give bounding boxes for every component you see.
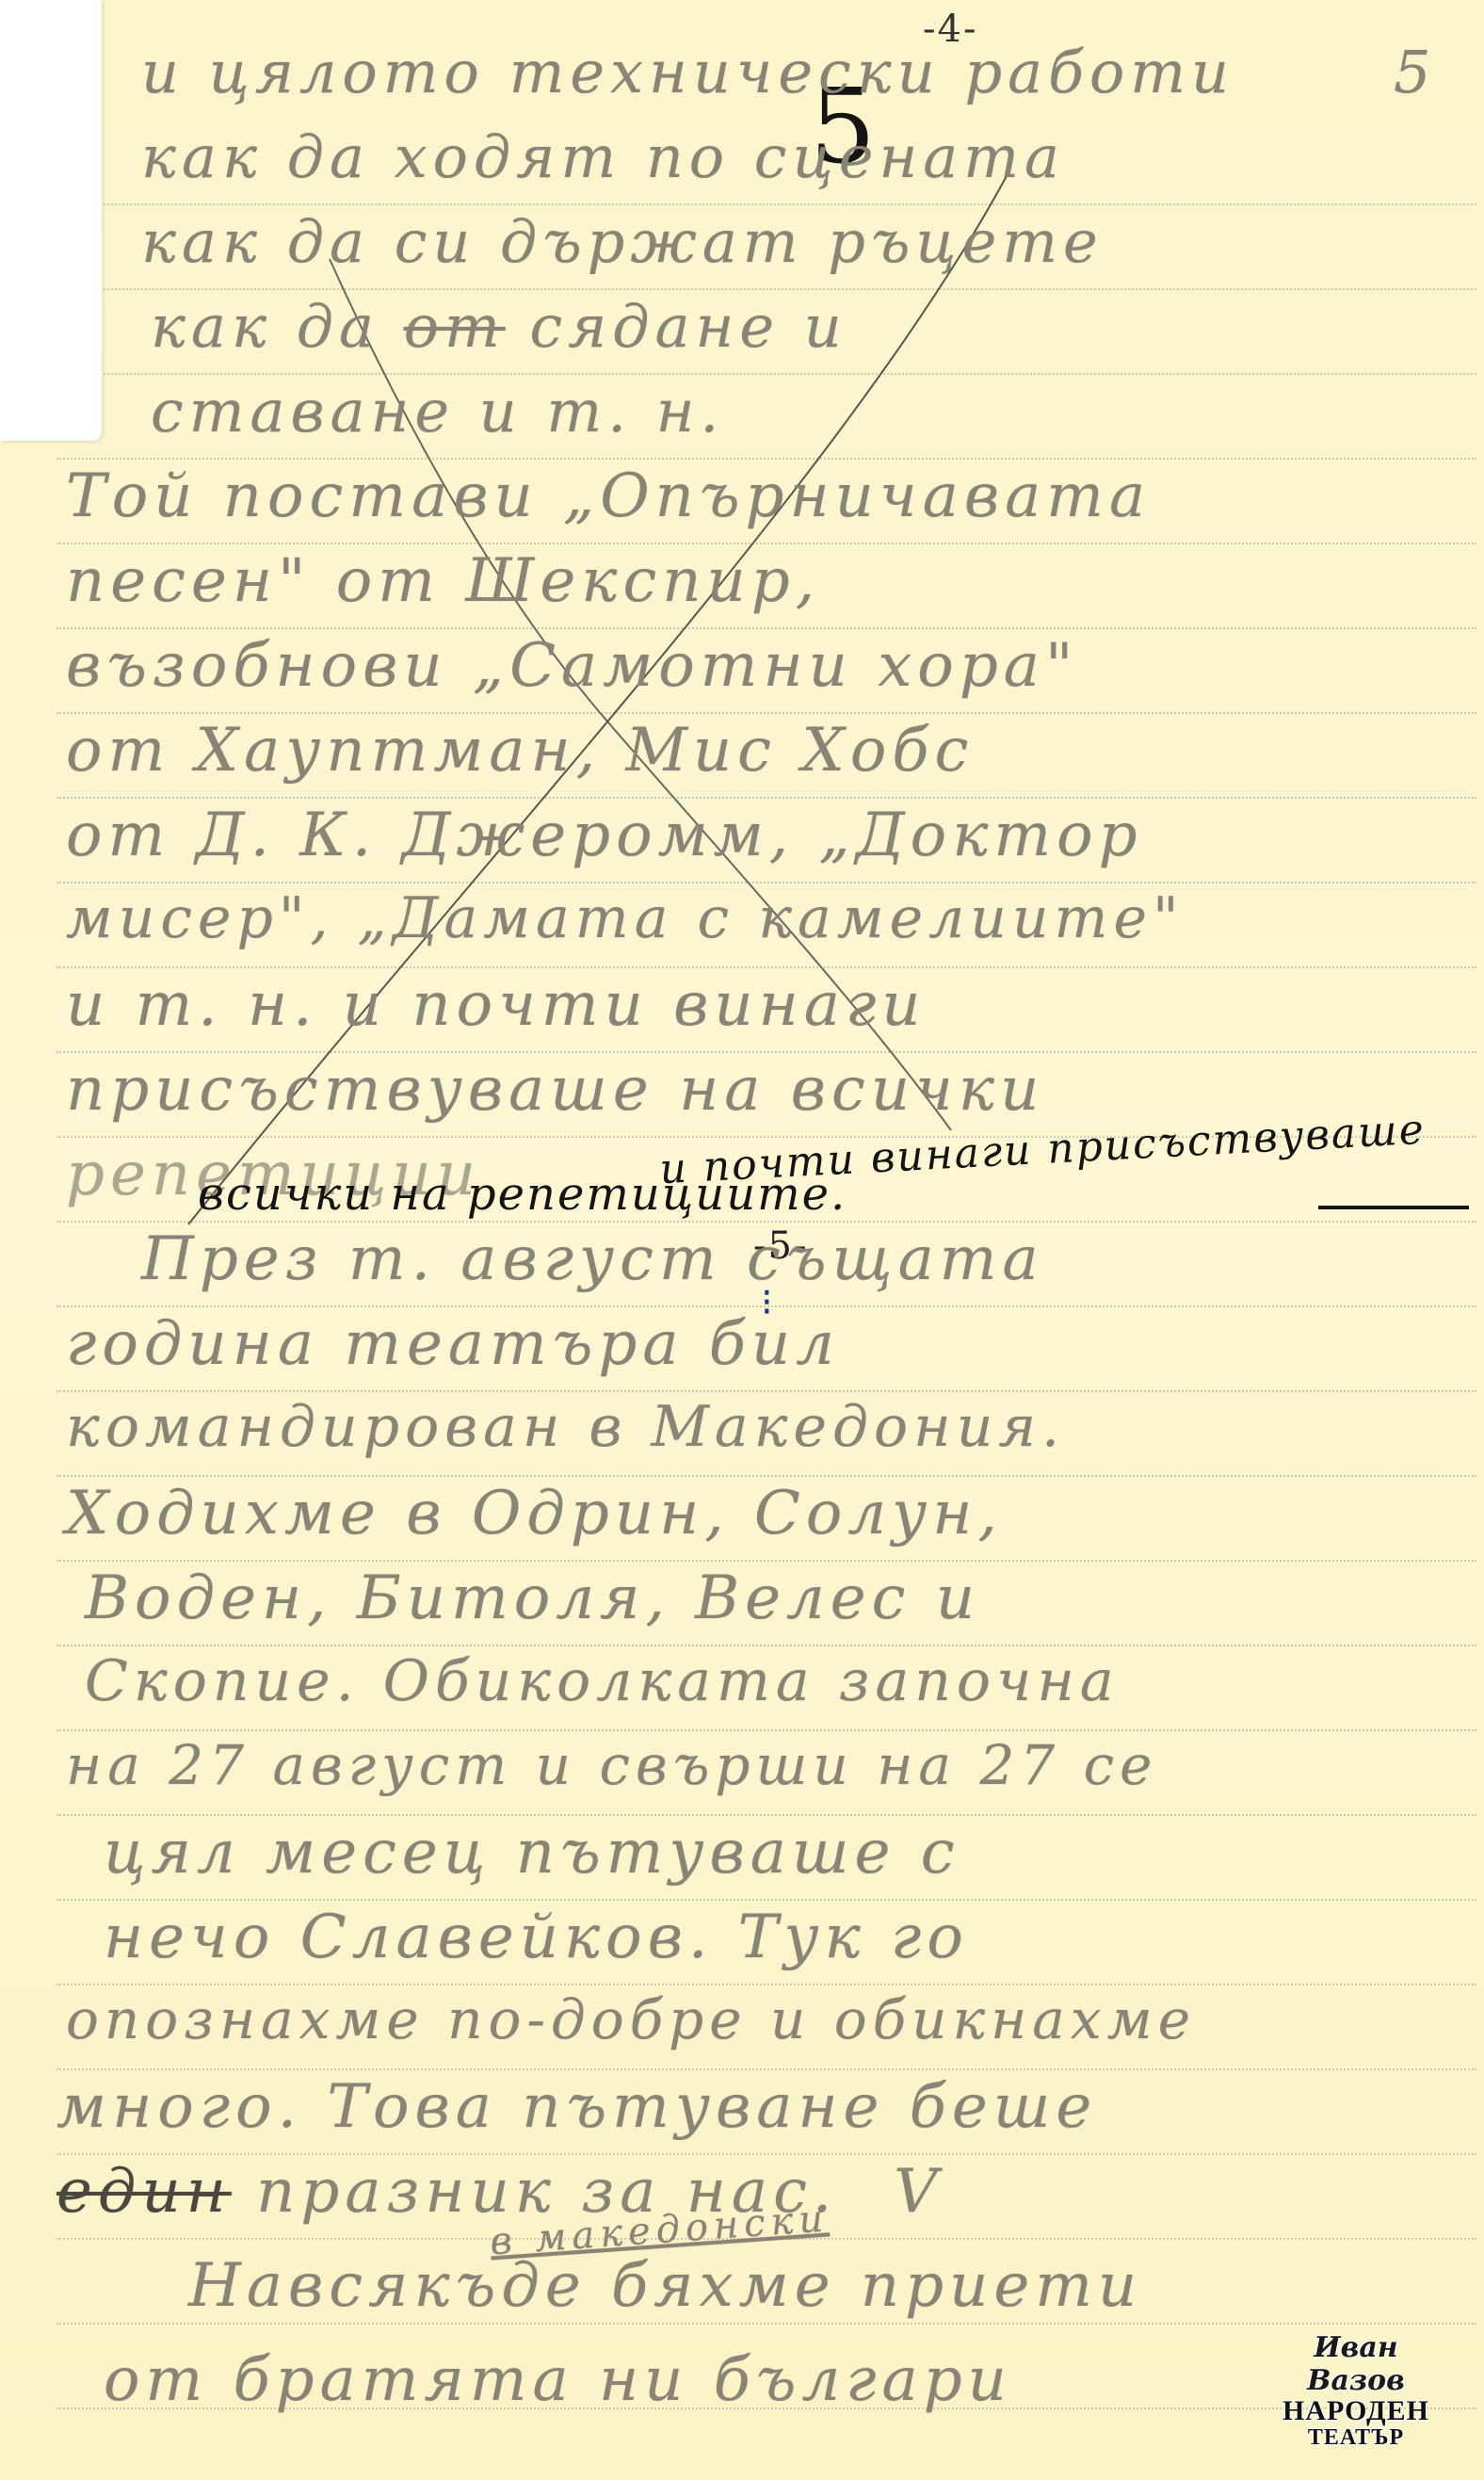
text-line: цял месец пътуваше с [104, 1818, 960, 1888]
logo-line1: НАРОДЕН [1276, 2397, 1436, 2425]
text-line: година театъра бил [66, 1309, 840, 1379]
national-theatre-logo: Иван Вазов НАРОДЕН ТЕАТЪР [1276, 2331, 1436, 2450]
ruled-line [56, 1051, 1476, 1053]
ruled-line [56, 458, 1476, 460]
struck-word: от [404, 292, 506, 361]
ruled-line [56, 627, 1476, 629]
check-mark: V [894, 2157, 943, 2227]
ruled-line [56, 2068, 1476, 2070]
ruled-line [56, 2323, 1476, 2325]
text-line: възобнови „Самотни хора" [66, 631, 1078, 701]
ruled-line [56, 1475, 1476, 1477]
text-line: как да от сядане и [151, 292, 847, 361]
text-line: опознахме по-добре и обикнахме [66, 1987, 1196, 2051]
text-line-part: как да [151, 292, 404, 361]
text-line: Скопие. Обиколката започна [85, 1648, 1120, 1714]
text-line: как да си държат ръцете [141, 207, 1104, 276]
ruled-line [104, 288, 1476, 290]
ruled-line [56, 1729, 1476, 1731]
text-line: от братята ни българи [104, 2345, 1012, 2415]
ruled-line [56, 1899, 1476, 1901]
text-line: от Д. К. Джеромм, „Доктор [66, 801, 1143, 870]
text-line: от Хауптман, Мис Хобс [66, 716, 974, 786]
text-line: песен" от Шекспир, [66, 546, 820, 616]
ruled-line [56, 1814, 1476, 1816]
text-line: и т. н. и почти винаги [66, 970, 927, 1040]
struck-word: един [56, 2157, 232, 2227]
ruled-line [56, 1221, 1476, 1223]
text-line-part: сядане и [506, 292, 847, 361]
text-line: командирован в Македония. [66, 1394, 1065, 1460]
ruled-line [56, 966, 1476, 968]
ruled-line [56, 543, 1476, 544]
ink-insertion-main: всички на репетициите. [198, 1168, 847, 1221]
text-line: През т. август същата [141, 1224, 1044, 1294]
ruled-line [56, 1390, 1476, 1392]
logo-line2: ТЕАТЪР [1276, 2425, 1436, 2450]
text-line: нечо Славейков. Тук го [104, 1903, 969, 1972]
text-line: и цялото технически работи [141, 38, 1234, 106]
ruled-line [56, 1645, 1476, 1646]
text-line: Той постави „Опърничавата [66, 462, 1151, 531]
ruled-line [56, 712, 1476, 714]
text-line: ставане и т. н. [151, 377, 724, 446]
ruled-line [56, 1560, 1476, 1562]
ruled-line [104, 373, 1476, 375]
ruled-line [56, 1984, 1476, 1986]
ruled-line [56, 882, 1476, 883]
text-line: много. Това пътуване беше [56, 2072, 1097, 2142]
ruled-line [104, 203, 1476, 205]
page-notch [0, 0, 102, 441]
text-line: мисер", „Дамата с камелиите" [66, 885, 1185, 951]
text-line: как да ходят по сцената [141, 122, 1065, 191]
logo-script: Иван Вазов [1276, 2331, 1436, 2397]
text-line: Ходихме в Одрин, Солун, [66, 1479, 1003, 1548]
margin-number-right: 5 [1394, 38, 1430, 106]
text-line: Воден, Битоля, Велес и [85, 1564, 980, 1633]
ruled-line [56, 2153, 1476, 2155]
text-line: на 27 август и свърши на 27 се [66, 1733, 1158, 1797]
ink-underline [1318, 1206, 1469, 1209]
ruled-line [56, 797, 1476, 799]
text-line: присъствуваше на всички [66, 1055, 1044, 1125]
text-line: Навсякъде бяхме приети [188, 2251, 1142, 2321]
